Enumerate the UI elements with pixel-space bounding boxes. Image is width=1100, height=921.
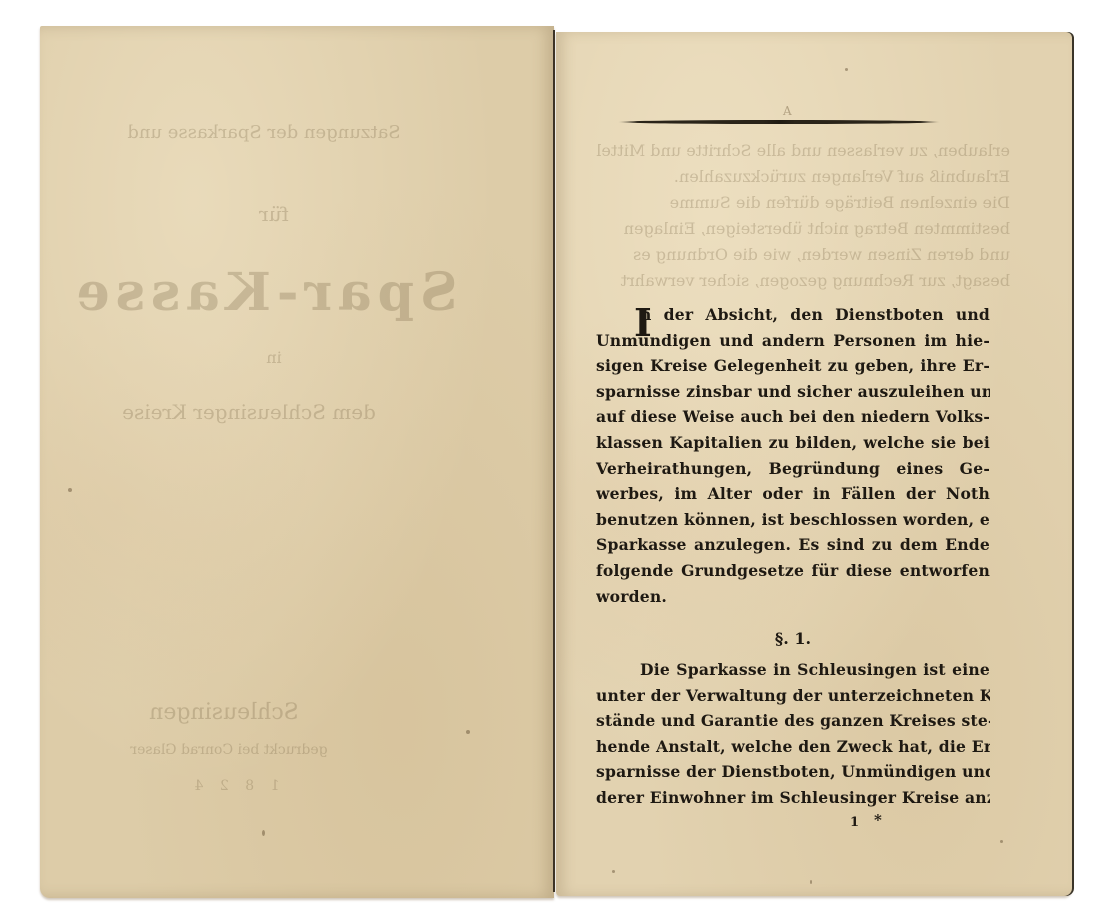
show-through-year: 1 8 2 4	[174, 778, 294, 794]
drop-cap: I	[634, 304, 652, 342]
header-rule	[618, 120, 940, 124]
show-through-printer: gedruckt bei Conrad Glaser	[64, 742, 394, 758]
section-heading: §. 1.	[596, 629, 990, 648]
signature-star-icon: *	[874, 811, 882, 829]
text-line: n der Absicht, den Dienstboten und	[596, 302, 990, 328]
text-line: derer Einwohner im Schleusinger Kreise a…	[596, 785, 990, 811]
show-through-line: in	[254, 348, 294, 367]
signature-mark: 1	[850, 815, 859, 830]
text-line: hende Anstalt, welche den Zweck hat, die…	[596, 734, 990, 760]
paper-speck	[466, 730, 470, 734]
show-through-place: Schleusingen	[104, 700, 344, 725]
intro-paragraph: I n der Absicht, den Dienstboten und Unm…	[596, 302, 990, 609]
text-line: worden.	[596, 584, 990, 610]
text-line: Unmündigen und andern Personen im hie-	[596, 328, 990, 354]
paper-speck	[810, 880, 812, 884]
right-page-show-through: erlauben, zu verlassen und alle Schritte…	[600, 138, 1010, 294]
paper-speck	[612, 870, 615, 873]
book-gutter	[553, 30, 555, 892]
open-book-scan: Satzungen der Sparkasse und für Spar-Kas…	[0, 0, 1100, 921]
text-line: auf diese Weise auch bei den niedern Vol…	[596, 404, 990, 430]
text-line: Verheirathungen, Begründung eines Ge-	[596, 456, 990, 482]
show-through-line: erlauben, zu verlassen und alle Schritte…	[600, 138, 1010, 164]
left-page-show-through: Satzungen der Sparkasse und für Spar-Kas…	[0, 0, 594, 921]
text-line: Die Sparkasse in Schleusingen ist eine	[596, 657, 990, 683]
text-line: folgende Grundgesetze für diese entworfe…	[596, 558, 990, 584]
show-through-line: Satzungen der Sparkasse und	[124, 122, 404, 143]
paper-speck	[1000, 840, 1003, 843]
show-through-line: bestimmten Betrag nicht übersteigen, Ein…	[600, 216, 1010, 242]
section-1-paragraph: Die Sparkasse in Schleusingen ist eine u…	[596, 657, 990, 811]
text-line: unter der Verwaltung der unterzeichneten…	[596, 683, 990, 709]
paper-speck	[845, 68, 848, 71]
show-through-line: für	[234, 202, 314, 226]
show-through-line: dem Schleusinger Kreise	[64, 400, 434, 424]
text-line: sparnisse der Dienstboten, Unmündigen un…	[596, 759, 990, 785]
head-mark: A	[783, 104, 792, 118]
text-line: benutzen können, ist beschlossen worden,…	[596, 507, 990, 533]
text-line: Sparkasse anzulegen. Es sind zu dem Ende	[596, 532, 990, 558]
paper-speck	[68, 488, 72, 492]
show-through-line: besagt, zur Rechnung gezogen, sicher ver…	[600, 268, 1010, 294]
text-line: stände und Garantie des ganzen Kreises s…	[596, 708, 990, 734]
text-line: sparnisse zinsbar und sicher auszuleihen…	[596, 379, 990, 405]
paper-speck	[262, 830, 265, 836]
show-through-line: Erlaubniß auf Verlangen zurückzuzahlen.	[600, 164, 1010, 190]
show-through-title: Spar-Kasse	[44, 262, 484, 323]
text-line: sigen Kreise Gelegenheit zu geben, ihre …	[596, 353, 990, 379]
text-line: klassen Kapitalien zu bilden, welche sie…	[596, 430, 990, 456]
show-through-line: und deren Zinsen werden, wie die Ordnung…	[600, 242, 1010, 268]
show-through-line: Die einzelnen Beiträge dürfen die Summe	[600, 190, 1010, 216]
text-line: werbes, im Alter oder in Fällen der Noth	[596, 481, 990, 507]
